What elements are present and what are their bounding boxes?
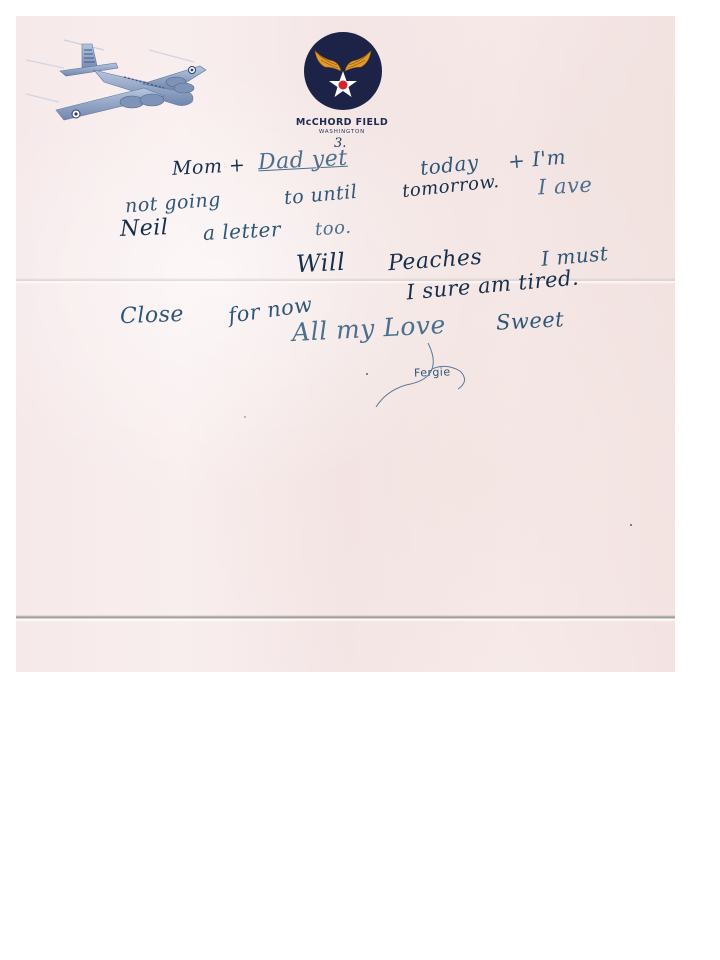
handwriting-line-2: not going: [124, 189, 221, 218]
bomber-airplane-icon: [24, 32, 214, 127]
handwriting-line-1: Dad yet: [257, 146, 348, 176]
handwriting-line-3: a letter: [202, 217, 281, 245]
letter-page: McCHORD FIELD WASHINGTON 3. Mom + Dad ye…: [16, 16, 675, 672]
handwriting-line-4: Will: [295, 248, 346, 279]
letterhead-subtitle: WASHINGTON: [262, 129, 422, 135]
handwriting-line-1: Mom +: [171, 154, 245, 180]
handwriting-line-6: Sweet: [495, 307, 564, 335]
handwriting-line-2: I ave: [537, 173, 592, 200]
ink-speck: [244, 416, 246, 418]
letterhead-title: McCHORD FIELD: [262, 117, 422, 128]
signature: Fergie: [414, 365, 451, 379]
handwriting-line-2: tomorrow.: [401, 171, 500, 202]
handwriting-line-5: Close: [120, 302, 185, 329]
fold-crease-lower: [16, 615, 675, 622]
handwriting-line-1: + I'm: [507, 145, 567, 174]
handwriting-line-4: Peaches: [387, 245, 483, 277]
handwriting-line-3: Neil: [120, 215, 169, 242]
handwriting-line-2: to until: [283, 181, 358, 209]
handwriting-line-3: too.: [314, 217, 352, 240]
army-air-corps-wings-star-icon: [303, 31, 383, 111]
ink-speck: [630, 524, 632, 526]
